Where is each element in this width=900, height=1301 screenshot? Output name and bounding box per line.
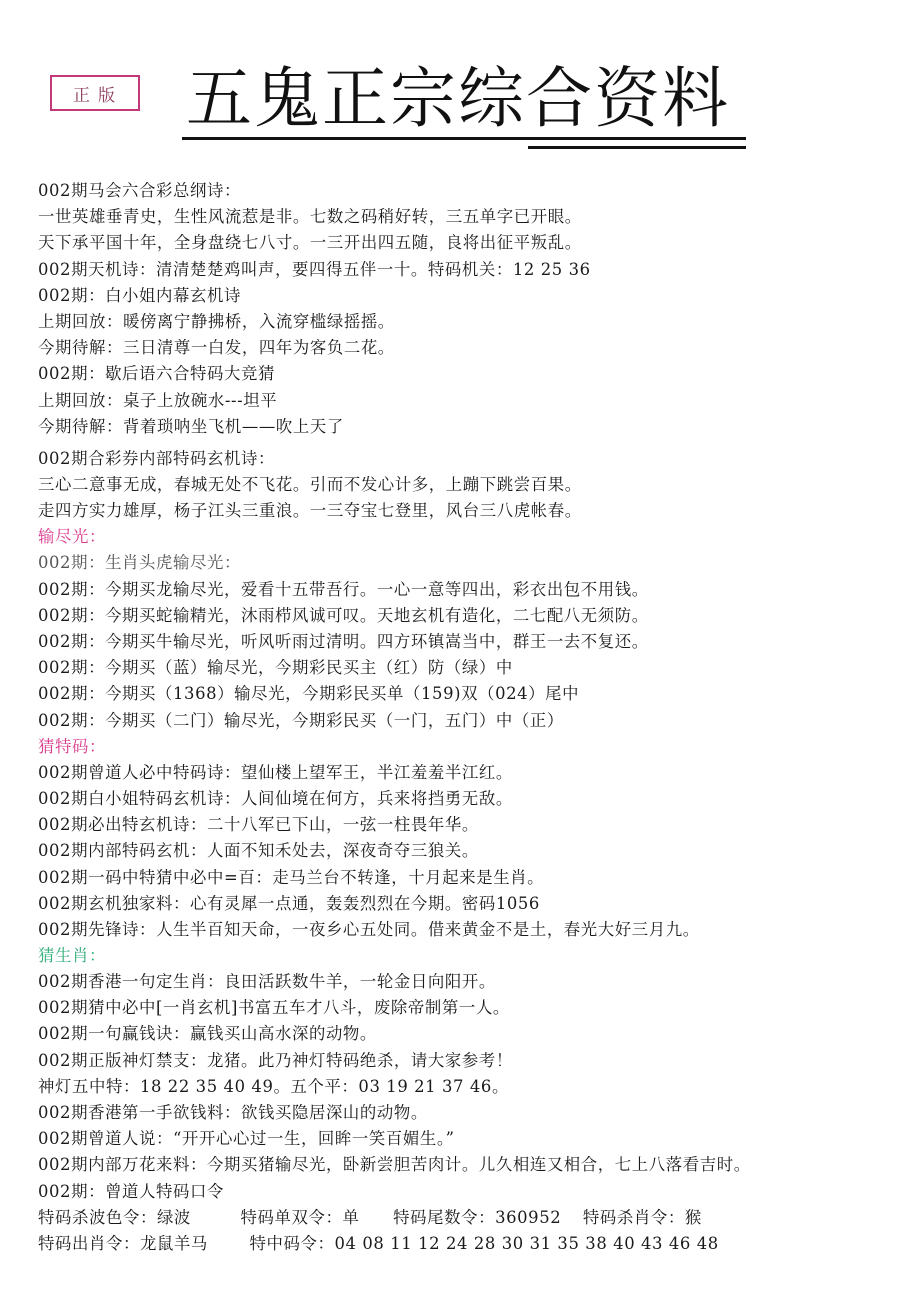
tail-label: 特码尾数令： (393, 1208, 495, 1227)
text-line: 002期正版神灯禁支：龙猪。此乃神灯特码绝杀，请大家参考！ (38, 1048, 888, 1074)
text-line: 002期：今期买牛输尽光，听风听雨过清明。四方环镇嵩当中，群王一去不复还。 (38, 629, 888, 655)
document-body: 002期马会六合彩总纲诗： 一世英雄垂青史，生性风流惹是非。七数之码稍好转，三五… (38, 178, 888, 1257)
text-line: 002期香港一句定生肖：良田活跃数牛羊，一轮金日向阳开。 (38, 969, 888, 995)
section-guess-code: 猜特码： 002期曾道人必中特码诗：望仙楼上望军王，半江羞羞半江红。 002期白… (38, 734, 888, 943)
text-line: 002期：歇后语六合特码大竞猜 (38, 361, 888, 387)
hit-codes-label: 特中码令： (250, 1234, 335, 1253)
official-version-badge: 正版 (50, 75, 140, 111)
hit-codes-value: 04 08 11 12 24 28 30 31 35 38 40 43 46 4… (335, 1234, 719, 1253)
text-line: 上期回放：桌子上放碗水---坦平 (38, 388, 888, 414)
text-line: 今期待解：三日清尊一白发，四年为客负二花。 (38, 335, 888, 361)
text-line: 三心二意事无成，春城无处不飞花。引而不发心计多，上蹦下跳尝百果。 (38, 472, 888, 498)
title-underline-short (528, 146, 746, 149)
text-line: 002期一句赢钱诀：赢钱买山高水深的动物。 (38, 1021, 888, 1047)
command-row-1: 特码杀波色令：绿波 特码单双令：单 特码尾数令：360952 特码杀肖令：猴 (38, 1205, 888, 1231)
text-line: 002期：今期买（1368）输尽光，今期彩民买单（159)双（024）尾中 (38, 681, 888, 707)
text-line: 002期：今期买龙输尽光，爱看十五带吾行。一心一意等四出，彩衣出包不用钱。 (38, 577, 888, 603)
zodiac-out-value: 龙鼠羊马 (140, 1234, 208, 1253)
odd-even-label: 特码单双令： (241, 1208, 343, 1227)
text-line: 002期曾道人必中特码诗：望仙楼上望军王，半江羞羞半江红。 (38, 760, 888, 786)
text-line: 002期：今期买（蓝）输尽光，今期彩民买主（红）防（绿）中 (38, 655, 888, 681)
odd-even-value: 单 (343, 1208, 360, 1227)
text-line: 002期先锋诗：人生半百知天命，一夜乡心五处同。借来黄金不是土，春光大好三月九。 (38, 917, 888, 943)
command-row-2: 特码出肖令：龙鼠羊马 特中码令：04 08 11 12 24 28 30 31 … (38, 1231, 888, 1257)
text-line: 002期必出特玄机诗：二十八军已下山，一弦一柱畏年华。 (38, 812, 888, 838)
wave-kill-label: 特码杀波色令： (38, 1208, 157, 1227)
text-line: 002期：白小姐内幕玄机诗 (38, 283, 888, 309)
section-heading-guess-zodiac: 猜生肖： (38, 943, 888, 969)
section-heading-guess-code: 猜特码： (38, 734, 888, 760)
text-line: 神灯五中特：18 22 35 40 49。五个平：03 19 21 37 46。 (38, 1074, 888, 1100)
text-line: 今期待解：背着琐呐坐飞机——吹上天了 (38, 414, 888, 440)
text-line: 002期：今期买蛇输精光，沐雨栉风诚可叹。天地玄机有造化，二七配八无须防。 (38, 603, 888, 629)
text-line: 002期：今期买（二门）输尽光，今期彩民买（一门，五门）中（正） (38, 708, 888, 734)
text-line: 一世英雄垂青史，生性风流惹是非。七数之码稍好转，三五单字已开眼。 (38, 204, 888, 230)
text-line: 002期香港第一手欲钱料：欲钱买隐居深山的动物。 (38, 1100, 888, 1126)
text-line: 002期：生肖头虎输尽光： (38, 550, 888, 576)
text-line: 002期玄机独家料：心有灵犀一点通，轰轰烈烈在今期。密码1056 (38, 891, 888, 917)
badge-label: 正版 (73, 81, 123, 106)
text-line: 上期回放：暖傍离宁静拂桥，入流穿槛绿摇摇。 (38, 309, 888, 335)
section-guess-zodiac: 猜生肖： 002期香港一句定生肖：良田活跃数牛羊，一轮金日向阳开。 002期猜中… (38, 943, 888, 1205)
block-general-poems: 002期马会六合彩总纲诗： 一世英雄垂青史，生性风流惹是非。七数之码稍好转，三五… (38, 178, 888, 440)
wave-kill-value: 绿波 (157, 1208, 191, 1227)
zodiac-kill-value: 猴 (685, 1208, 702, 1227)
zodiac-out-label: 特码出肖令： (38, 1234, 140, 1253)
text-line: 002期：曾道人特码口令 (38, 1179, 888, 1205)
section-heading-lose-all: 输尽光： (38, 524, 888, 550)
text-line: 002期内部特码玄机：人面不知禾处去，深夜奇夺三狼关。 (38, 838, 888, 864)
zodiac-kill-label: 特码杀肖令： (583, 1208, 685, 1227)
text-line: 002期马会六合彩总纲诗： (38, 178, 888, 204)
tail-value: 360952 (495, 1208, 561, 1227)
text-line: 002期天机诗：清清楚楚鸡叫声，要四得五伴一十。特码机关：12 25 36 (38, 257, 888, 283)
text-line: 走四方实力雄厚，杨子江头三重浪。一三夺宝七登里，风台三八虎帐春。 (38, 498, 888, 524)
title-underline-long (182, 137, 746, 140)
text-line: 002期曾道人说：“开开心心过一生，回眸一笑百媚生。” (38, 1126, 888, 1152)
page-title: 五鬼正宗综合资料 (186, 62, 746, 136)
text-line: 002期猜中必中[一肖玄机]书富五车才八斗，废除帝制第一人。 (38, 995, 888, 1021)
block-internal-poem: 002期合彩券内部特码玄机诗： 三心二意事无成，春城无处不飞花。引而不发心计多，… (38, 446, 888, 525)
text-line: 天下承平国十年，全身盘绕七八寸。一三开出四五随，良将出征平叛乱。 (38, 230, 888, 256)
section-lose-all: 输尽光： 002期：生肖头虎输尽光： 002期：今期买龙输尽光，爱看十五带吾行。… (38, 524, 888, 733)
text-line: 002期一码中特猜中必中=百：走马兰台不转逢，十月起来是生肖。 (38, 865, 888, 891)
text-line: 002期白小姐特码玄机诗：人间仙境在何方，兵来将挡勇无敌。 (38, 786, 888, 812)
text-line: 002期内部万花来料：今期买猪输尽光，卧新尝胆苦肉计。儿久相连又相合，七上八落看… (38, 1152, 888, 1178)
text-line: 002期合彩券内部特码玄机诗： (38, 446, 888, 472)
